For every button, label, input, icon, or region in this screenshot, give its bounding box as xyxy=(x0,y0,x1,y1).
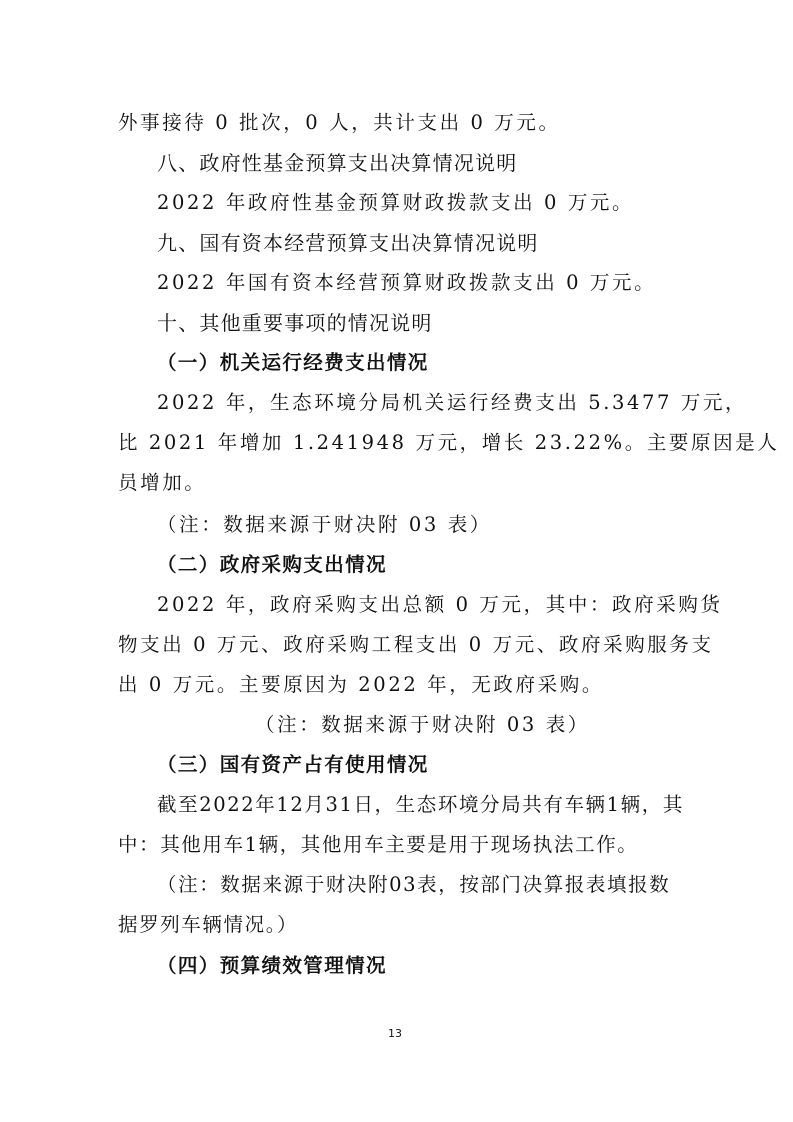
paragraph-operating-expense-line-1: 2022 年，生态环境分局机关运行经费支出 5.3477 万元， xyxy=(157,387,747,415)
text-line-foreign-reception: 外事接待 0 批次，0 人，共计支出 0 万元。 xyxy=(118,107,561,135)
note-data-source-2: （注：数据来源于财决附 03 表） xyxy=(255,709,590,737)
paragraph-assets-line-1: 截至2022年12月31日，生态环境分局共有车辆1辆，其 xyxy=(157,789,684,817)
page-number: 13 xyxy=(388,1027,402,1040)
paragraph-assets-line-2: 中：其他用车1辆，其他用车主要是用于现场执法工作。 xyxy=(118,829,638,857)
paragraph-government-fund: 2022 年政府性基金预算财政拨款支出 0 万元。 xyxy=(157,187,634,215)
subsection-heading-4: （四）预算绩效管理情况 xyxy=(157,950,387,978)
paragraph-procurement-line-3: 出 0 万元。主要原因为 2022 年，无政府采购。 xyxy=(118,669,604,697)
paragraph-procurement-line-2: 物支出 0 万元、政府采购工程支出 0 万元、政府采购服务支 xyxy=(118,629,714,657)
paragraph-operating-expense-line-3: 员增加。 xyxy=(118,467,206,495)
section-heading-9: 九、国有资本经营预算支出决算情况说明 xyxy=(157,227,539,256)
section-heading-10: 十、其他重要事项的情况说明 xyxy=(157,307,433,336)
note-data-source-3-line-2: 据罗列车辆情况。） xyxy=(118,909,298,937)
subsection-heading-1: （一）机关运行经费支出情况 xyxy=(157,347,429,375)
subsection-heading-3: （三）国有资产占有使用情况 xyxy=(157,749,429,777)
paragraph-procurement-line-1: 2022 年，政府采购支出总额 0 万元，其中：政府采购货 xyxy=(157,589,723,617)
section-heading-8: 八、政府性基金预算支出决算情况说明 xyxy=(157,147,517,176)
note-data-source-1: （注：数据来源于财决附 03 表） xyxy=(157,509,492,537)
paragraph-state-capital: 2022 年国有资本经营预算财政拨款支出 0 万元。 xyxy=(157,267,656,295)
note-data-source-3-line-1: （注：数据来源于财决附03表，按部门决算报表填报数 xyxy=(157,869,670,897)
paragraph-operating-expense-line-2: 比 2021 年增加 1.241948 万元，增长 23.22%。主要原因是人 xyxy=(118,427,779,455)
subsection-heading-2: （二）政府采购支出情况 xyxy=(157,549,387,577)
